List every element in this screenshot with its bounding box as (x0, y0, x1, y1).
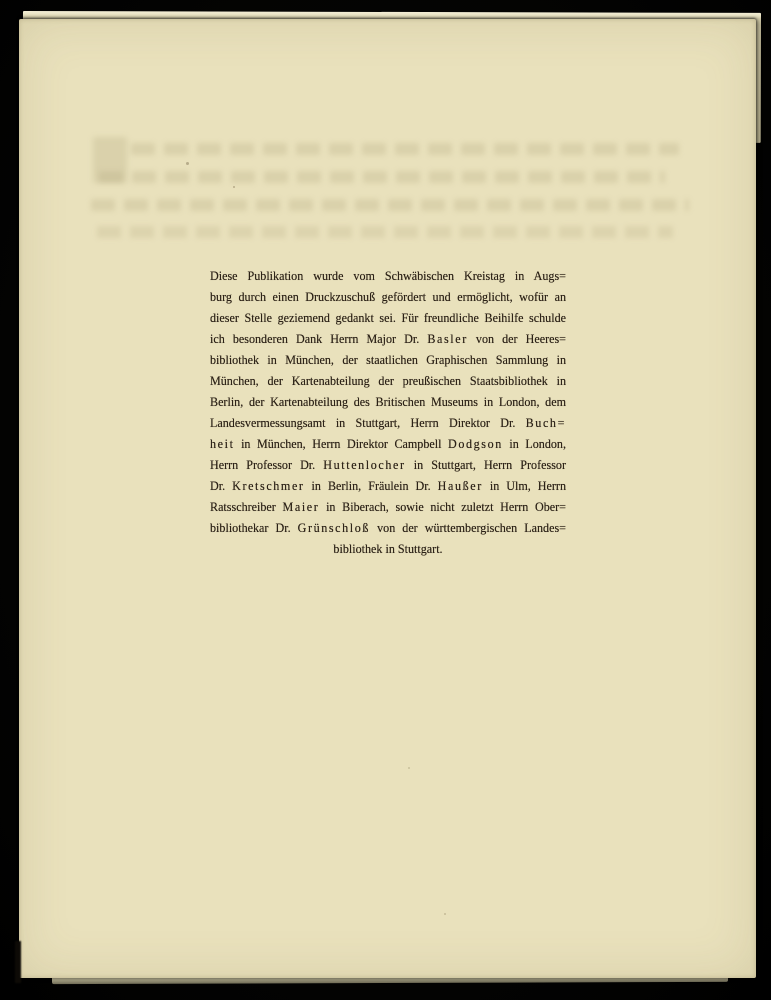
text-run: bibliothekar Dr. (210, 521, 298, 535)
acknowledgement-line: Dr. Kretschmer in Berlin, Fräulein Dr. H… (210, 476, 566, 497)
acknowledgement-line: bibliothekar Dr. Grünschloß von der würt… (210, 518, 566, 539)
acknowledgement-line: ich besonderen Dank Herrn Major Dr. Basl… (210, 329, 566, 350)
acknowledgement-paragraph: Diese Publikation wurde vom Schwäbischen… (210, 266, 566, 560)
acknowledgement-line: dieser Stelle geziemend gedankt sei. Für… (210, 308, 566, 329)
text-run: bibliothek in Stuttgart. (333, 542, 442, 556)
acknowledgement-line: Herrn Professor Dr. Huttenlocher in Stut… (210, 455, 566, 476)
paper-speck (233, 186, 235, 188)
text-run: Berlin, der Kartenabteilung des Britisch… (210, 395, 566, 409)
acknowledgement-line: Berlin, der Kartenabteilung des Britisch… (210, 392, 566, 413)
letterspaced-name: heit (210, 437, 235, 451)
text-run: Diese Publikation wurde vom Schwäbischen… (210, 269, 566, 283)
bleedthrough-line (97, 226, 673, 238)
bleedthrough-line (91, 199, 689, 211)
text-run: bibliothek in München, der staatlichen G… (210, 353, 566, 367)
text-run: burg durch einen Druckzuschuß gefördert … (210, 290, 566, 304)
letterspaced-name: Haußer (438, 479, 483, 493)
text-run: Dr. (210, 479, 232, 493)
text-run: Ratsschreiber (210, 500, 283, 514)
bleedthrough-dropcap (93, 137, 127, 183)
letterspaced-name: Buch= (526, 416, 566, 430)
paper-speck (444, 913, 446, 915)
letterspaced-name: Dodgson (448, 437, 503, 451)
text-run: dieser Stelle geziemend gedankt sei. Für… (210, 311, 566, 325)
acknowledgement-line: bibliothek in München, der staatlichen G… (210, 350, 566, 371)
letterspaced-name: Kretschmer (232, 479, 304, 493)
text-run: ich besonderen Dank Herrn Major Dr. (210, 332, 427, 346)
book-page: Diese Publikation wurde vom Schwäbischen… (19, 19, 756, 978)
letterspaced-name: Huttenlocher (323, 458, 405, 472)
paper-speck (186, 162, 189, 165)
text-run: München, der Kartenabteilung der preußis… (210, 374, 566, 388)
text-run: in Berlin, Fräulein Dr. (305, 479, 438, 493)
text-run: in Biberach, sowie nicht zuletzt Herrn O… (319, 500, 566, 514)
text-run: Herrn Professor Dr. (210, 458, 323, 472)
text-run: in London, (503, 437, 566, 451)
scan-background: Diese Publikation wurde vom Schwäbischen… (0, 0, 771, 1000)
acknowledgement-line: München, der Kartenabteilung der preußis… (210, 371, 566, 392)
acknowledgement-line: Diese Publikation wurde vom Schwäbischen… (210, 266, 566, 287)
text-run: in Stuttgart, Herrn Professor (406, 458, 566, 472)
acknowledgement-line: burg durch einen Druckzuschuß gefördert … (210, 287, 566, 308)
bleedthrough-line (131, 143, 679, 155)
binding-shadow-mark (15, 941, 21, 983)
text-run: Landesvermessungsamt in Stuttgart, Herrn… (210, 416, 526, 430)
letterspaced-name: Grünschloß (298, 521, 370, 535)
paper-speck (408, 767, 410, 769)
acknowledgement-line: bibliothek in Stuttgart. (210, 539, 566, 560)
text-run: von der Heeres= (468, 332, 566, 346)
letterspaced-name: Basler (427, 332, 468, 346)
text-run: in Ulm, Herrn (483, 479, 566, 493)
bleedthrough-line (99, 171, 665, 183)
text-run: in München, Herrn Direktor Campbell (235, 437, 448, 451)
acknowledgement-line: heit in München, Herrn Direktor Campbell… (210, 434, 566, 455)
letterspaced-name: Maier (283, 500, 320, 514)
text-run: von der württembergischen Landes= (370, 521, 566, 535)
acknowledgement-line: Ratsschreiber Maier in Biberach, sowie n… (210, 497, 566, 518)
acknowledgement-line: Landesvermessungsamt in Stuttgart, Herrn… (210, 413, 566, 434)
